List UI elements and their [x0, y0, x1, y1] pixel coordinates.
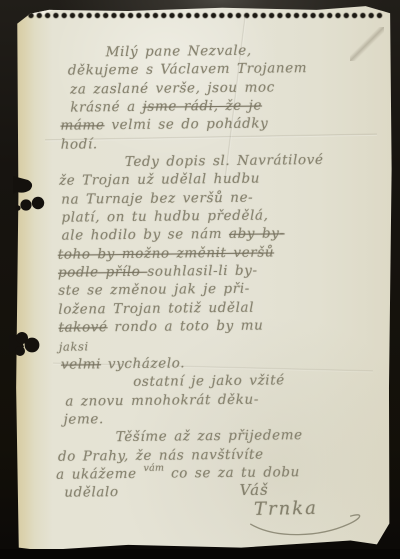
letter-text: jeme. — [63, 411, 103, 427]
letter-text: ale hodilo by se nám — [62, 226, 230, 244]
struck-text: takové — [58, 319, 107, 336]
letter-text: krásné a — [70, 99, 142, 116]
letter-text: za zaslané verše, jsou moc — [70, 79, 275, 97]
scanned-letter-photo: Milý pane Nezvale,děkujeme s Václavem Tr… — [0, 0, 400, 559]
signature-block: Váš Trnka — [229, 479, 380, 541]
letter-text: velmi se do pohádky — [104, 116, 268, 134]
struck-text: velmi — [61, 356, 101, 372]
letter-text: ste se změnou jak je při- — [58, 281, 250, 299]
struck-text: máme — [60, 118, 104, 134]
letter-text: na Turnaje bez veršů ne- — [61, 189, 253, 207]
torn-binder-hole-lower — [9, 326, 51, 368]
inserted-text: vám — [143, 463, 164, 474]
perforation-holes — [27, 11, 384, 20]
letter-text: platí, on tu hudbu předělá, — [61, 208, 268, 226]
letter-text: a ukážeme — [56, 466, 144, 483]
letter-text: udělalo — [64, 484, 119, 501]
letter-text: Těšíme až zas přijedeme — [116, 427, 303, 445]
letter-text: ložena Trojan totiž udělal — [58, 299, 254, 317]
struck-text: toho by možno změnit veršů — [58, 244, 274, 262]
photo-bottom-edge — [0, 549, 400, 559]
struck-text: jsme rádi, že je — [143, 98, 263, 115]
letter-body: Milý pane Nezvale,děkujeme s Václavem Tr… — [48, 40, 395, 502]
struck-text: aby by- — [229, 226, 285, 243]
letter-text: Tedy dopis sl. Navrátilové — [125, 152, 324, 170]
letter-text: jaksi — [59, 339, 89, 353]
letter-text: vycházelo. — [101, 355, 185, 372]
struck-text: podle přílo — [58, 264, 148, 281]
letter-text: souhlasil-li by- — [147, 263, 257, 280]
letter-text: ostatní je jako vžité — [133, 373, 285, 391]
letter-text: že Trojan už udělal hudbu — [59, 171, 260, 189]
letter-text: a znovu mnohokrát děku- — [65, 391, 259, 409]
letter-text: do Prahy, že nás navštívíte — [58, 446, 264, 464]
letter-text: rondo a toto by mu — [107, 318, 263, 336]
letter-text: Milý pane Nezvale, — [106, 43, 252, 61]
letter-text: co se za tu dobu — [164, 464, 300, 481]
letter-text: děkujeme s Václavem Trojanem — [68, 60, 307, 79]
letter-text: hodí. — [61, 136, 98, 152]
